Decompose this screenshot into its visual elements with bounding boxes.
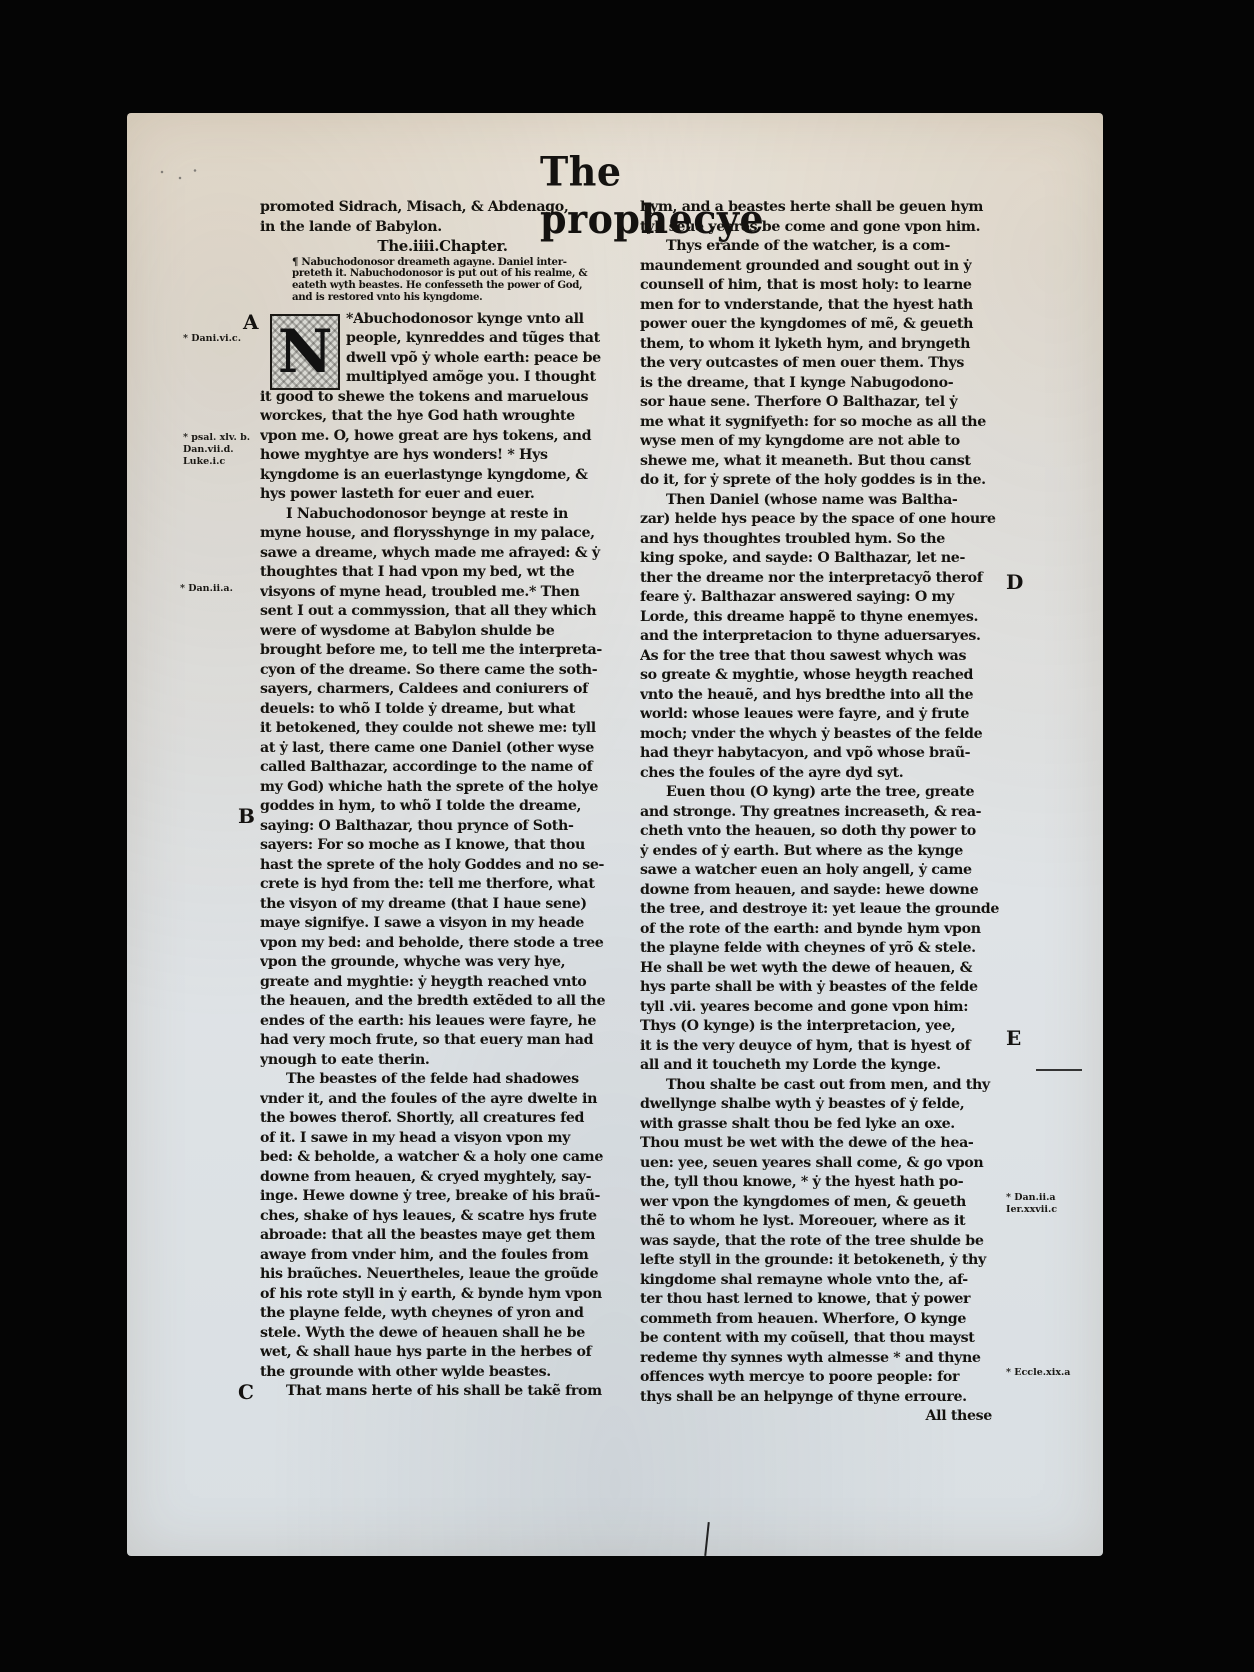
text-line: Thou shalte be cast out from men, and th… — [640, 1076, 1000, 1096]
text-line: Thys erande of the watcher, is a com- — [640, 237, 1000, 257]
paper-foxing — [150, 160, 210, 190]
text-line: the tree, and destroye it: yet leaue the… — [640, 900, 1000, 920]
text-line: ẏ endes of ẏ earth. But where as the kyn… — [640, 842, 1000, 862]
text-line: it good to shewe the tokens and maruelou… — [260, 388, 615, 408]
text-line: the playne felde with cheynes of yrõ & s… — [640, 939, 1000, 959]
chapter-heading: The.iiii.Chapter. — [260, 237, 615, 257]
text-line: cyon of the dreame. So there came the so… — [260, 661, 615, 681]
text-line: redeme thy synnes wyth almesse * and thy… — [640, 1349, 1000, 1369]
text-line: tyll .vii. yeares become and gone vpon h… — [640, 998, 1000, 1018]
section-letter-e: E — [1006, 1026, 1021, 1050]
text-line: That mans herte of his shall be takẽ fro… — [260, 1382, 615, 1402]
dropcap-paragraph: N *Abuchodonosor kynge vnto all people, … — [260, 310, 615, 388]
text-line: cheth vnto the heauen, so doth thy power… — [640, 822, 1000, 842]
text-line: and the interpretacion to thyne aduersar… — [640, 627, 1000, 647]
text-line: I Nabuchodonosor beynge at reste in — [260, 505, 615, 525]
text-line: Lorde, this dreame happẽ to thyne enemye… — [640, 608, 1000, 628]
text-line: The beastes of the felde had shadowes — [260, 1070, 615, 1090]
text-line: my God) whiche hath the sprete of the ho… — [260, 778, 615, 798]
text-line: inge. Hewe downe ẏ tree, breake of his b… — [260, 1187, 615, 1207]
text-line: the playne felde, wyth cheynes of yron a… — [260, 1304, 615, 1324]
margin-note-text: * psal. xlv. b. — [183, 432, 250, 444]
text-line: world: whose leaues were fayre, and ẏ fr… — [640, 705, 1000, 725]
text-line: sayers: For so moche as I knowe, that th… — [260, 836, 615, 856]
text-line: power ouer the kyngdomes of mẽ, & geueth — [640, 315, 1000, 335]
catchword: All these — [640, 1407, 1000, 1427]
text-line: vnder it, and the foules of the ayre dwe… — [260, 1090, 615, 1110]
text-line: Thys (O kynge) is the interpretacion, ye… — [640, 1017, 1000, 1037]
text-line: hym, and a beastes herte shall be geuen … — [640, 198, 1000, 218]
right-text-column: hym, and a beastes herte shall be geuen … — [640, 198, 1000, 1427]
text-line: stele. Wyth the dewe of heauen shall he … — [260, 1324, 615, 1344]
text-line: bed: & beholde, a watcher & a holy one c… — [260, 1148, 615, 1168]
text-line: moch; vnder the whych ẏ beastes of the f… — [640, 725, 1000, 745]
text-line: all and it toucheth my Lorde the kynge. — [640, 1056, 1000, 1076]
margin-note-psal-xlv: * psal. xlv. b. Dan.vii.d. Luke.i.c — [183, 432, 250, 468]
text-line: the bowes therof. Shortly, all creatures… — [260, 1109, 615, 1129]
text-line: dwellynge shalbe wyth ẏ beastes of ẏ fel… — [640, 1095, 1000, 1115]
text-line: ches the foules of the ayre dyd syt. — [640, 764, 1000, 784]
text-line: commeth from heauen. Wherfore, O kynge — [640, 1310, 1000, 1330]
text-line: goddes in hym, to whõ I tolde the dreame… — [260, 797, 615, 817]
text-line: abroade: that all the beastes maye get t… — [260, 1226, 615, 1246]
text-line: brought before me, to tell me the interp… — [260, 641, 615, 661]
text-line: be content with my coũsell, that thou ma… — [640, 1329, 1000, 1349]
chapter-summary: ¶ Nabuchodonosor dreameth agayne. Daniel… — [260, 257, 615, 304]
margin-note-text: Ier.xxvii.c — [1006, 1204, 1057, 1216]
margin-note-dan-ii-ier: * Dan.ii.a Ier.xxvii.c — [1006, 1192, 1057, 1216]
text-line: promoted Sidrach, Misach, & Abdenago, — [260, 198, 615, 218]
text-line: He shall be wet wyth the dewe of heauen,… — [640, 959, 1000, 979]
section-letter-d: D — [1006, 570, 1023, 594]
text-line: at ẏ last, there came one Daniel (other … — [260, 739, 615, 759]
text-line: counsell of him, that is most holy: to l… — [640, 276, 1000, 296]
margin-note-text: * Eccle.xix.a — [1006, 1367, 1070, 1378]
text-line: his braũches. Neuertheles, leaue the gro… — [260, 1265, 615, 1285]
text-line: offences wyth mercye to poore people: fo… — [640, 1368, 1000, 1388]
margin-note-text: * Dan.ii.a — [1006, 1192, 1057, 1204]
left-text-column: promoted Sidrach, Misach, & Abdenago, in… — [260, 198, 615, 1402]
text-line: maundement grounded and sought out in ẏ — [640, 257, 1000, 277]
text-line: lefte styll in the grounde: it betokenet… — [640, 1251, 1000, 1271]
text-line: do it, for ẏ sprete of the holy goddes i… — [640, 471, 1000, 491]
margin-note-dani-vi: * Dani.vi.c. — [183, 333, 241, 345]
text-line: sawe a dreame, whych made me afrayed: & … — [260, 544, 615, 564]
text-line: feare ẏ. Balthazar answered saying: O my — [640, 588, 1000, 608]
text-line: saying: O Balthazar, thou prynce of Soth… — [260, 817, 615, 837]
text-line: endes of the earth: his leaues were fayr… — [260, 1012, 615, 1032]
margin-note-text: Luke.i.c — [183, 456, 250, 468]
text-line: kingdome shal remayne whole vnto the, af… — [640, 1271, 1000, 1291]
margin-note-eccle: * Eccle.xix.a — [1006, 1367, 1070, 1379]
text-line: ynough to eate therin. — [260, 1051, 615, 1071]
text-line: with grasse shalt thou be fed lyke an ox… — [640, 1115, 1000, 1135]
text-line: howe myghtye are hys wonders! * Hys — [260, 446, 615, 466]
summary-line: ¶ Nabuchodonosor dreameth agayne. Daniel… — [260, 257, 615, 269]
text-line: sayers, charmers, Caldees and coniurers … — [260, 680, 615, 700]
margin-note-text: * Dan.ii.a. — [180, 583, 233, 594]
text-line: visyons of myne head, troubled me.* Then — [260, 583, 615, 603]
text-line: hast the sprete of the holy Goddes and n… — [260, 856, 615, 876]
text-line: of it. I sawe in my head a visyon vpon m… — [260, 1129, 615, 1149]
text-line: wet, & shall haue hys parte in the herbe… — [260, 1343, 615, 1363]
text-line: were of wysdome at Babylon shulde be — [260, 622, 615, 642]
text-line: it betokened, they coulde not shewe me: … — [260, 719, 615, 739]
text-line: wer vpon the kyngdomes of men, & geueth — [640, 1193, 1000, 1213]
text-line: vpon me. O, howe great are hys tokens, a… — [260, 427, 615, 447]
text-line: uen: yee, seuen yeares shall come, & go … — [640, 1154, 1000, 1174]
decorated-initial: N — [270, 314, 340, 390]
section-letter-a: A — [243, 310, 259, 334]
text-line: the grounde with other wylde beastes. — [260, 1363, 615, 1383]
text-line: downe from heauen, and sayde: hewe downe — [640, 881, 1000, 901]
text-line: ter thou hast lerned to knowe, that ẏ po… — [640, 1290, 1000, 1310]
text-line: the heauen, and the bredth extẽded to al… — [260, 992, 615, 1012]
text-line: sawe a watcher euen an holy angell, ẏ ca… — [640, 861, 1000, 881]
text-line: crete is hyd from the: tell me therfore,… — [260, 875, 615, 895]
text-line: sent I out a commyssion, that all they w… — [260, 602, 615, 622]
text-line: Euen thou (O kyng) arte the tree, greate — [640, 783, 1000, 803]
text-line: thoughtes that I had vpon my bed, wt the — [260, 563, 615, 583]
text-line: had theyr habytacyon, and vpõ whose braũ… — [640, 744, 1000, 764]
text-line: ches, shake of hys leaues, & scatre hys … — [260, 1207, 615, 1227]
text-line: men for to vnderstande, that the hyest h… — [640, 296, 1000, 316]
left-body-lines: it good to shewe the tokens and maruelou… — [260, 388, 615, 1402]
text-line: in the lande of Babylon. — [260, 218, 615, 238]
margin-note-text: * Dani.vi.c. — [183, 333, 241, 344]
summary-line: and is restored vnto his kyngdome. — [260, 292, 615, 304]
text-line: had very moch frute, so that euery man h… — [260, 1031, 615, 1051]
text-line: vpon the grounde, whyche was very hye, — [260, 953, 615, 973]
text-line: and stronge. Thy greatnes increaseth, & … — [640, 803, 1000, 823]
text-line: king spoke, and sayde: O Balthazar, let … — [640, 549, 1000, 569]
text-line: the, tyll thou knowe, * ẏ the hyest hath… — [640, 1173, 1000, 1193]
text-line: ther the dreame nor the interpretacyõ th… — [640, 569, 1000, 589]
text-line: me what it sygnifyeth: for so moche as a… — [640, 413, 1000, 433]
text-line: shewe me, what it meaneth. But thou cans… — [640, 452, 1000, 472]
text-line: vnto the heauẽ, and hys bredthe into all… — [640, 686, 1000, 706]
text-line: Thou must be wet with the dewe of the he… — [640, 1134, 1000, 1154]
text-line: it is the very deuyce of hym, that is hy… — [640, 1037, 1000, 1057]
text-line: thẽ to whom he lyst. Moreouer, where as … — [640, 1212, 1000, 1232]
text-line: deuels: to whõ I tolde ẏ dreame, but wha… — [260, 700, 615, 720]
text-line: so greate & myghtie, whose heygth reache… — [640, 666, 1000, 686]
text-line: of his rote styll in ẏ earth, & bynde hy… — [260, 1285, 615, 1305]
text-line: maye signifye. I sawe a visyon in my hea… — [260, 914, 615, 934]
text-line: zar) helde hys peace by the space of one… — [640, 510, 1000, 530]
margin-note-dan-ii: * Dan.ii.a. — [180, 583, 233, 595]
text-line: of the rote of the earth: and bynde hym … — [640, 920, 1000, 940]
text-line: them, to whom it lyketh hym, and brynget… — [640, 335, 1000, 355]
text-line: and hys thoughtes troubled hym. So the — [640, 530, 1000, 550]
text-line: the visyon of my dreame (that I haue sen… — [260, 895, 615, 915]
text-line: thys shall be an helpynge of thyne errou… — [640, 1388, 1000, 1408]
summary-line: eateth wyth beastes. He confesseth the p… — [260, 280, 615, 292]
text-line: the very outcastes of men ouer them. Thy… — [640, 354, 1000, 374]
text-line: greate and myghtie: ẏ heygth reached vnt… — [260, 973, 615, 993]
text-line: vpon my bed: and beholde, there stode a … — [260, 934, 615, 954]
text-line: worckes, that the hye God hath wroughte — [260, 407, 615, 427]
text-line: called Balthazar, accordinge to the name… — [260, 758, 615, 778]
summary-line: preteth it. Nabuchodonosor is put out of… — [260, 268, 615, 280]
right-body-lines: hym, and a beastes herte shall be geuen … — [640, 198, 1000, 1407]
text-line: hys power lasteth for euer and euer. — [260, 485, 615, 505]
text-line: kyngdome is an euerlastynge kyngdome, & — [260, 466, 615, 486]
text-line: wyse men of my kyngdome are not able to — [640, 432, 1000, 452]
text-line: awaye from vnder him, and the foules fro… — [260, 1246, 615, 1266]
text-line: hys parte shall be with ẏ beastes of the… — [640, 978, 1000, 998]
text-line: myne house, and florysshynge in my palac… — [260, 524, 615, 544]
marginal-rule — [1036, 1069, 1082, 1071]
text-line: tyll seuẽ yeares be come and gone vpon h… — [640, 218, 1000, 238]
text-line: Then Daniel (whose name was Baltha- — [640, 491, 1000, 511]
text-line: downe from heauen, & cryed myghtely, say… — [260, 1168, 615, 1188]
text-line: As for the tree that thou sawest whych w… — [640, 647, 1000, 667]
text-line: was sayde, that the rote of the tree shu… — [640, 1232, 1000, 1252]
margin-note-text: Dan.vii.d. — [183, 444, 250, 456]
text-line: is the dreame, that I kynge Nabugodono- — [640, 374, 1000, 394]
text-line: sor haue sene. Therfore O Balthazar, tel… — [640, 393, 1000, 413]
section-letter-c: C — [238, 1380, 254, 1404]
section-letter-b: B — [238, 804, 255, 828]
